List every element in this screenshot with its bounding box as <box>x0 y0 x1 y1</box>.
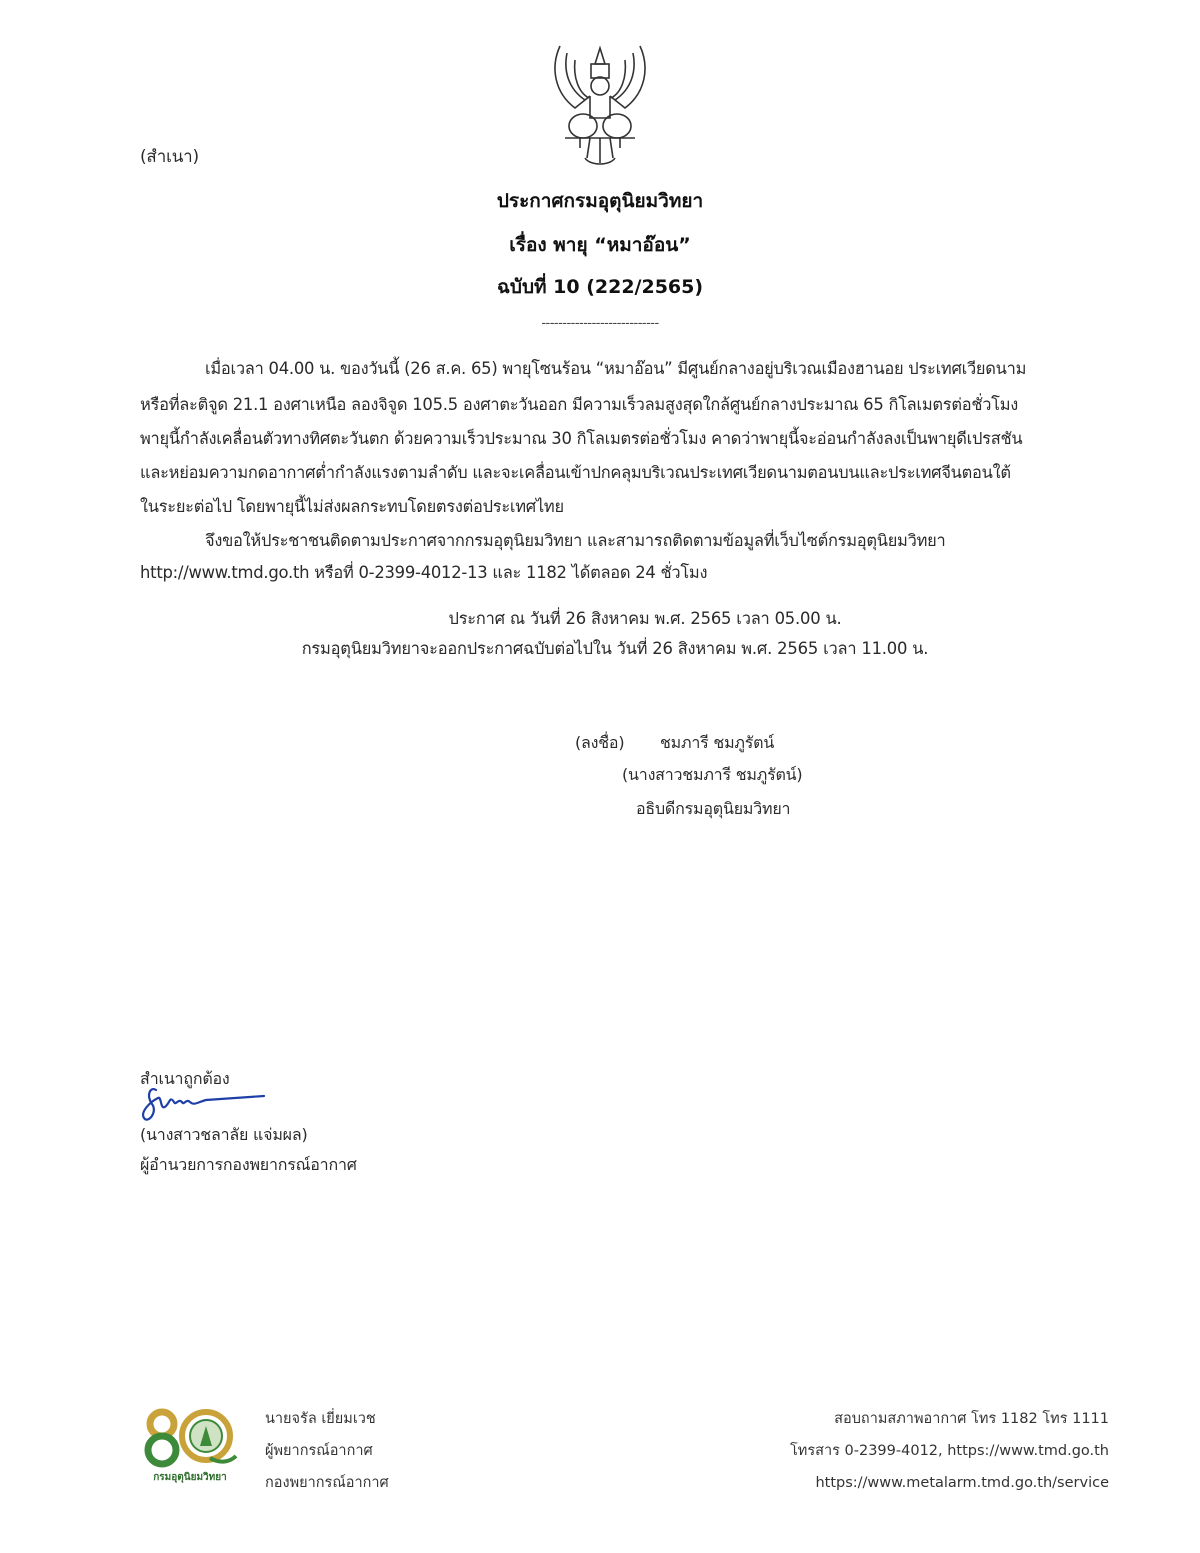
garuda-emblem-icon <box>545 38 655 168</box>
title-separator: ---------------------------- <box>0 316 1200 331</box>
paragraph-line: ในระยะต่อไป โดยพายุนี้ไม่ส่งผลกระทบโดยตร… <box>140 492 564 522</box>
signed-label: (ลงชื่อ) <box>575 728 624 758</box>
paragraph-line: เมื่อเวลา 04.00 น. ของวันนี้ (26 ส.ค. 65… <box>205 354 1026 384</box>
contact-metalarm-link[interactable]: https://www.metalarm.tmd.go.th/service <box>815 1466 1109 1500</box>
paragraph-line: หรือที่ละติจูด 21.1 องศาเหนือ ลองจิจูด 1… <box>140 390 1018 420</box>
forecaster-division: กองพยากรณ์อากาศ <box>265 1466 389 1500</box>
next-issue-datetime: กรมอุตุนิยมวิทยาจะออกประกาศฉบับต่อไปใน ว… <box>0 634 1200 664</box>
forecaster-title: ผู้พยากรณ์อากาศ <box>265 1434 373 1468</box>
certifier-name: (นางสาวชลาลัย แจ่มผล) <box>140 1120 307 1150</box>
announcement-title: ประกาศกรมอุตุนิยมวิทยา <box>0 186 1200 216</box>
contact-phone: สอบถามสภาพอากาศ โทร 1182 โทร 1111 <box>834 1402 1109 1436</box>
paragraph-line-with-link: http://www.tmd.go.th หรือที่ 0-2399-4012… <box>140 558 707 588</box>
signed-name: ชมภารี ชมภูรัตน์ <box>660 728 774 758</box>
logo-text: กรมอุตุนิยมวิทยา <box>140 1470 240 1485</box>
director-position: อธิบดีกรมอุตุนิยมวิทยา <box>636 794 790 824</box>
tmd-80th-anniversary-logo-icon: กรมอุตุนิยมวิทยา <box>140 1402 240 1492</box>
paragraph-line: จึงขอให้ประชาชนติดตามประกาศจากกรมอุตุนิย… <box>205 526 945 556</box>
contact-fax-website[interactable]: โทรสาร 0-2399-4012, https://www.tmd.go.t… <box>790 1434 1109 1468</box>
copy-marker: (สำเนา) <box>140 142 199 172</box>
certifier-position: ผู้อำนวยการกองพยากรณ์อากาศ <box>140 1150 357 1180</box>
announced-datetime: ประกาศ ณ วันที่ 26 สิงหาคม พ.ศ. 2565 เวล… <box>0 604 1200 634</box>
paragraph-line: และหย่อมความกดอากาศต่ำกำลังแรงตามลำดับ แ… <box>140 458 1011 488</box>
paragraph-line: พายุนี้กำลังเคลื่อนตัวทางทิศตะวันตก ด้วย… <box>140 424 1022 454</box>
announcement-subject: เรื่อง พายุ “หมาอ๊อน” <box>0 230 1200 260</box>
announcement-issue: ฉบับที่ 10 (222/2565) <box>0 272 1200 302</box>
forecaster-name: นายจรัล เยี่ยมเวช <box>265 1402 376 1436</box>
director-full-name: (นางสาวชมภารี ชมภูรัตน์) <box>622 760 802 790</box>
